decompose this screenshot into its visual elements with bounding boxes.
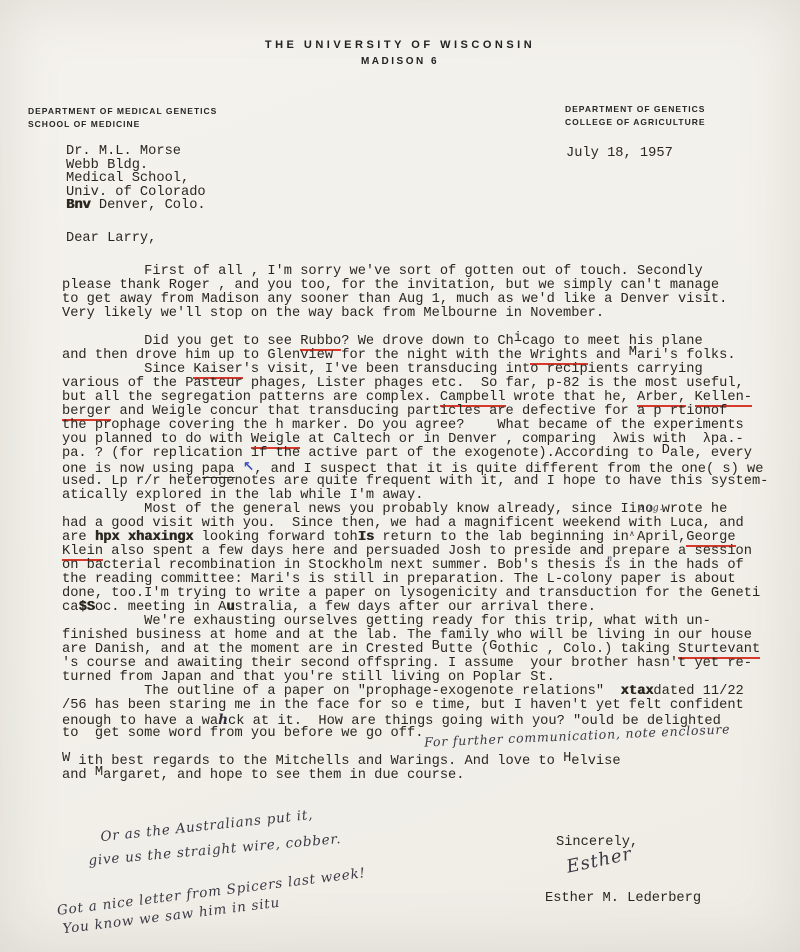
- typed-text: $S: [78, 600, 94, 615]
- caret-mark-session: ∧: [592, 545, 598, 553]
- typed-text: D: [662, 443, 670, 458]
- text-line: ca$Soc. meeting in Australia, a few days…: [62, 601, 792, 615]
- typed-text: M: [629, 345, 637, 360]
- typed-text: elvise: [571, 754, 620, 769]
- text-line: We're exhausting ourselves getting ready…: [62, 615, 792, 629]
- text-line: you planned to do with Weigle at Caltech…: [62, 433, 792, 447]
- typed-text: Since: [62, 362, 193, 377]
- text-line: Klein also spent a few days here and per…: [62, 545, 792, 559]
- typed-text: Bnv: [66, 198, 91, 213]
- typed-text: ? We drove down to Ch: [341, 334, 514, 349]
- typed-text: W: [62, 751, 70, 766]
- text-line: are Danish, and at the moment are in Cre…: [62, 643, 792, 657]
- typed-text: stralia, a few days after our arrival th…: [235, 600, 596, 615]
- typed-text: Is: [358, 530, 374, 545]
- typed-text: also spent a few days here and persuaded…: [103, 544, 752, 559]
- typed-text: 's course and awaiting their second offs…: [62, 656, 752, 671]
- text-line: had a good visit with you. Since then, w…: [62, 517, 792, 531]
- typed-text: argaret, and hope to see them in due cou…: [103, 768, 464, 783]
- text-line: Most of the general news you probably kn…: [62, 503, 792, 517]
- typed-text: to get some word from you before we go o…: [62, 726, 423, 741]
- typed-text: are: [62, 530, 95, 545]
- text-line: turned from Japan and that you're still …: [62, 671, 792, 685]
- text-line: the prophage covering the h marker. Do y…: [62, 419, 792, 433]
- text-line: Medical School,: [66, 172, 206, 186]
- text-line: but all the segregation patterns are com…: [62, 391, 792, 405]
- typed-text: cago to meet his plane: [522, 334, 703, 349]
- typed-text: 's visit, I've been transducing into rec…: [243, 362, 703, 377]
- typed-text: /56 has been staring me in the face for …: [62, 698, 744, 713]
- blue-arrow-icon: ↖: [243, 459, 254, 475]
- text-line: /56 has been staring me in the face for …: [62, 699, 792, 713]
- typed-text: u: [226, 600, 234, 615]
- text-line: [62, 321, 792, 335]
- typed-text: ca: [62, 600, 78, 615]
- recipient-address: Dr. M.L. MorseWebb Bldg.Medical School,U…: [66, 145, 206, 213]
- typed-text: and: [588, 348, 629, 363]
- typed-text: B: [432, 639, 440, 654]
- typed-text: used. Lp r/r heterogenotes are quite fre…: [62, 474, 768, 489]
- typed-text: turned from Japan and that you're still …: [62, 670, 555, 685]
- typed-text: oc. meeting in A: [95, 600, 226, 615]
- left-dept-line-2: SCHOOL OF MEDICINE: [28, 118, 217, 131]
- text-line: atically explored in the lab while I'm a…: [62, 489, 792, 503]
- text-line: used. Lp r/r heterogenotes are quite fre…: [62, 475, 792, 489]
- left-dept-line-1: DEPARTMENT OF MEDICAL GENETICS: [28, 105, 217, 118]
- typed-text: pa. ? (for replication if the active par…: [62, 446, 662, 461]
- closing-typed-name: Esther M. Lederberg: [545, 891, 701, 906]
- typed-text: First of all , I'm sorry we've sort of g…: [62, 264, 703, 279]
- text-line: and then drove him up to Glenview for th…: [62, 349, 792, 363]
- text-line: Did you get to see Rubbo? We drove down …: [62, 335, 792, 349]
- typed-text: and Weigle concur that transducing parti…: [111, 404, 727, 419]
- typed-text: finished business at home and at the lab…: [62, 628, 752, 643]
- typed-text: but all the segregation patterns are com…: [62, 390, 440, 405]
- text-line: Bnv Denver, Colo.: [66, 199, 206, 213]
- typed-text: othic , Colo.) taking: [497, 642, 678, 657]
- typed-text: [686, 390, 694, 405]
- text-line: finished business at home and at the lab…: [62, 629, 792, 643]
- handwritten-insert-n: n: [607, 554, 613, 563]
- typed-text: please thank Roger , and you too, for th…: [62, 278, 719, 293]
- text-line: various of the Pasteur phages, Lister ph…: [62, 377, 792, 391]
- typed-text: Very likely we'll stop on the way back f…: [62, 306, 604, 321]
- text-line: 's course and awaiting their second offs…: [62, 657, 792, 671]
- typed-text: at Caltech or in Denver , comparing λwis…: [300, 432, 744, 447]
- text-line: Univ. of Colorado: [66, 186, 206, 200]
- letterhead-city: MADISON 6: [0, 56, 800, 67]
- text-line: Webb Bldg.: [66, 159, 206, 173]
- typed-text: xtax: [621, 684, 654, 699]
- text-line: done, too.I'm trying to write a paper on…: [62, 587, 792, 601]
- typed-text: utte (: [440, 642, 489, 657]
- typed-text: M: [95, 765, 103, 780]
- typed-text: the reading committee: Mari's is still i…: [62, 572, 736, 587]
- letterhead-university: THE UNIVERSITY OF WISCONSIN: [0, 39, 800, 51]
- letter-date: July 18, 1957: [566, 146, 673, 161]
- typed-text: to get away from Madison any sooner than…: [62, 292, 727, 307]
- typed-text: and: [62, 768, 95, 783]
- text-line: berger and Weigle concur that transducin…: [62, 405, 792, 419]
- typed-text: looking forward toh: [193, 530, 357, 545]
- typed-text: ale, every: [670, 446, 752, 461]
- typed-text: the prophage covering the h marker. Do y…: [62, 418, 744, 433]
- text-line: Dr. M.L. Morse: [66, 145, 206, 159]
- typed-text: atically explored in the lab while I'm a…: [62, 488, 423, 503]
- typed-text: We're exhausting ourselves getting ready…: [62, 614, 711, 629]
- typed-text: you planned to do with: [62, 432, 251, 447]
- salutation: Dear Larry,: [66, 231, 156, 246]
- text-line: Since Kaiser's visit, I've been transduc…: [62, 363, 792, 377]
- typed-text: ari's folks.: [637, 348, 736, 363]
- text-line: W ith best regards to the Mitchells and …: [62, 755, 792, 769]
- typed-text: return to the lab beginning in April,: [374, 530, 686, 545]
- letterhead-left-department: DEPARTMENT OF MEDICAL GENETICS SCHOOL OF…: [28, 105, 217, 130]
- text-line: please thank Roger , and you too, for th…: [62, 279, 792, 293]
- typed-text: G: [489, 639, 497, 654]
- typed-text: various of the Pasteur phages, Lister ph…: [62, 376, 744, 391]
- caret-mark-april: ∧: [629, 529, 636, 538]
- letter-body: First of all , I'm sorry we've sort of g…: [62, 265, 792, 783]
- typed-text: Denver, Colo.: [91, 198, 206, 213]
- scanned-letter-page: THE UNIVERSITY OF WISCONSIN MADISON 6 DE…: [0, 0, 800, 952]
- right-dept-line-1: DEPARTMENT OF GENETICS: [565, 103, 706, 116]
- text-line: pa. ? (for replication if the active par…: [62, 447, 792, 461]
- typed-text: The outline of a paper on "prophage-exog…: [62, 684, 621, 699]
- letterhead-right-department: DEPARTMENT OF GENETICS COLLEGE OF AGRICU…: [565, 103, 706, 128]
- typed-text: H: [563, 751, 571, 766]
- text-line: on bacterial recombination in Stockholm …: [62, 559, 792, 573]
- text-line: Very likely we'll stop on the way back f…: [62, 307, 792, 321]
- typed-text: on bacterial recombination in Stockholm …: [62, 558, 744, 573]
- text-line: are hpx xhaxingx looking forward tohIs r…: [62, 531, 792, 545]
- right-dept-line-2: COLLEGE OF AGRICULTURE: [565, 116, 706, 129]
- typed-text: done, too.I'm trying to write a paper on…: [62, 586, 760, 601]
- typed-text: Most of the general news you probably kn…: [62, 502, 727, 517]
- text-line: The outline of a paper on "prophage-exog…: [62, 685, 792, 699]
- typed-text: hpx xhaxingx: [95, 530, 194, 545]
- text-line: one is now using papa ↖, and I suspect t…: [62, 461, 792, 475]
- text-line: to get away from Madison any sooner than…: [62, 293, 792, 307]
- typed-text: dated 11/22: [653, 684, 743, 699]
- text-line: the reading committee: Mari's is still i…: [62, 573, 792, 587]
- typed-text: wrote that he,: [506, 390, 637, 405]
- typed-text: had a good visit with you. Since then, w…: [62, 516, 744, 531]
- text-line: First of all , I'm sorry we've sort of g…: [62, 265, 792, 279]
- typed-text: are Danish, and at the moment are in Cre…: [62, 642, 432, 657]
- typed-text: ith best regards to the Mitchells and Wa…: [70, 754, 563, 769]
- typed-text: and then drove him up to Glenview for th…: [62, 348, 530, 363]
- text-line: and Margaret, and hope to see them in du…: [62, 769, 792, 783]
- typed-text: i: [514, 331, 522, 346]
- typed-text: Did you get to see: [62, 334, 300, 349]
